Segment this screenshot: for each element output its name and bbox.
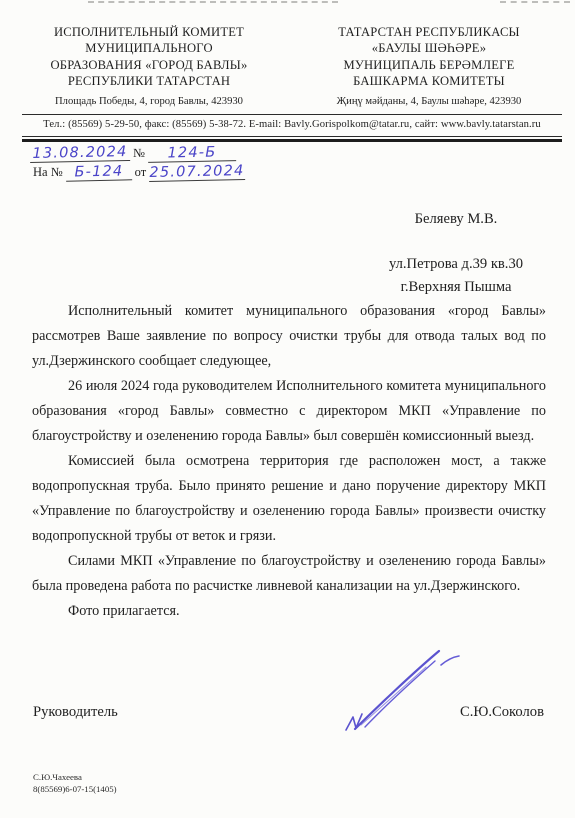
org-address: Площадь Победы, 4, город Бавлы, 423930 (26, 96, 272, 107)
reference-block: 13.08.2024 № 124-Б На № Б-124 от 25.07.2… (30, 146, 280, 184)
executor-name: С.Ю.Чахеева (33, 772, 117, 784)
org-name-line: МУНИЦИПАЛЬ БЕРӘМЛЕГЕ (298, 57, 560, 73)
executor-block: С.Ю.Чахеева 8(85569)6-07-15(1405) (33, 772, 117, 795)
reply-number-handwritten: Б-124 (65, 164, 131, 181)
scan-artifact-line (500, 1, 570, 3)
signature-scribble-icon (338, 638, 463, 740)
divider-thick (22, 139, 562, 142)
scanned-letter-page: ИСПОЛНИТЕЛЬНЫЙ КОМИТЕТ МУНИЦИПАЛЬНОГО ОБ… (0, 0, 575, 818)
number-sign: № (130, 146, 148, 162)
org-name-line: ИСПОЛНИТЕЛЬНЫЙ КОМИТЕТ (26, 24, 272, 40)
org-name-line: МУНИЦИПАЛЬНОГО (26, 40, 272, 56)
outgoing-date-handwritten: 13.08.2024 (30, 145, 130, 163)
executor-phone: 8(85569)6-07-15(1405) (33, 784, 117, 796)
org-name-line: ОБРАЗОВАНИЯ «ГОРОД БАВЛЫ» (26, 57, 272, 73)
signing-row: Руководитель С.Ю.Соколов (33, 704, 544, 721)
addressee-city: г.Верхняя Пышма (350, 276, 562, 299)
letter-paragraph: Силами МКП «Управление по благоустройств… (32, 549, 546, 599)
letter-paragraph: Комиссией была осмотрена территория где … (32, 449, 546, 549)
signer-name: С.Ю.Соколов (460, 704, 544, 721)
outgoing-reference-row: 13.08.2024 № 124-Б (30, 146, 280, 162)
org-address: Җиңү мәйданы, 4, Баулы шәһәре, 423930 (298, 96, 560, 107)
org-name-line: «БАУЛЫ ШӘҺӘРЕ» (298, 40, 560, 56)
letter-paragraph: 26 июля 2024 года руководителем Исполнит… (32, 374, 546, 449)
divider-thin (22, 136, 562, 137)
contact-line: Тел.: (85569) 5-29-50, факс: (85569) 5-3… (22, 114, 562, 133)
reply-date-handwritten: 25.07.2024 (149, 164, 245, 182)
signer-title: Руководитель (33, 704, 118, 721)
reply-reference-row: На № Б-124 от 25.07.2024 (30, 165, 280, 181)
letterhead-russian: ИСПОЛНИТЕЛЬНЫЙ КОМИТЕТ МУНИЦИПАЛЬНОГО ОБ… (26, 24, 272, 107)
scan-artifact-line (88, 1, 338, 3)
reply-label: На № (30, 165, 66, 181)
addressee-name: Беляеву М.В. (350, 208, 562, 231)
addressee-street: ул.Петрова д.39 кв.30 (350, 253, 562, 276)
from-label: от (132, 165, 150, 181)
letterhead-tatar: ТАТАРСТАН РЕСПУБЛИКАСЫ «БАУЛЫ ШӘҺӘРЕ» МУ… (298, 24, 560, 107)
org-name-line: БАШКАРМА КОМИТЕТЫ (298, 73, 560, 89)
org-name-line: РЕСПУБЛИКИ ТАТАРСТАН (26, 73, 272, 89)
letter-paragraph: Исполнительный комитет муниципального об… (32, 299, 546, 374)
outgoing-number-handwritten: 124-Б (148, 145, 236, 163)
letter-paragraph: Фото прилагается. (32, 599, 546, 624)
letter-body: Исполнительный комитет муниципального об… (32, 299, 546, 624)
org-name-line: ТАТАРСТАН РЕСПУБЛИКАСЫ (298, 24, 560, 40)
addressee-block: Беляеву М.В. ул.Петрова д.39 кв.30 г.Вер… (350, 208, 562, 299)
